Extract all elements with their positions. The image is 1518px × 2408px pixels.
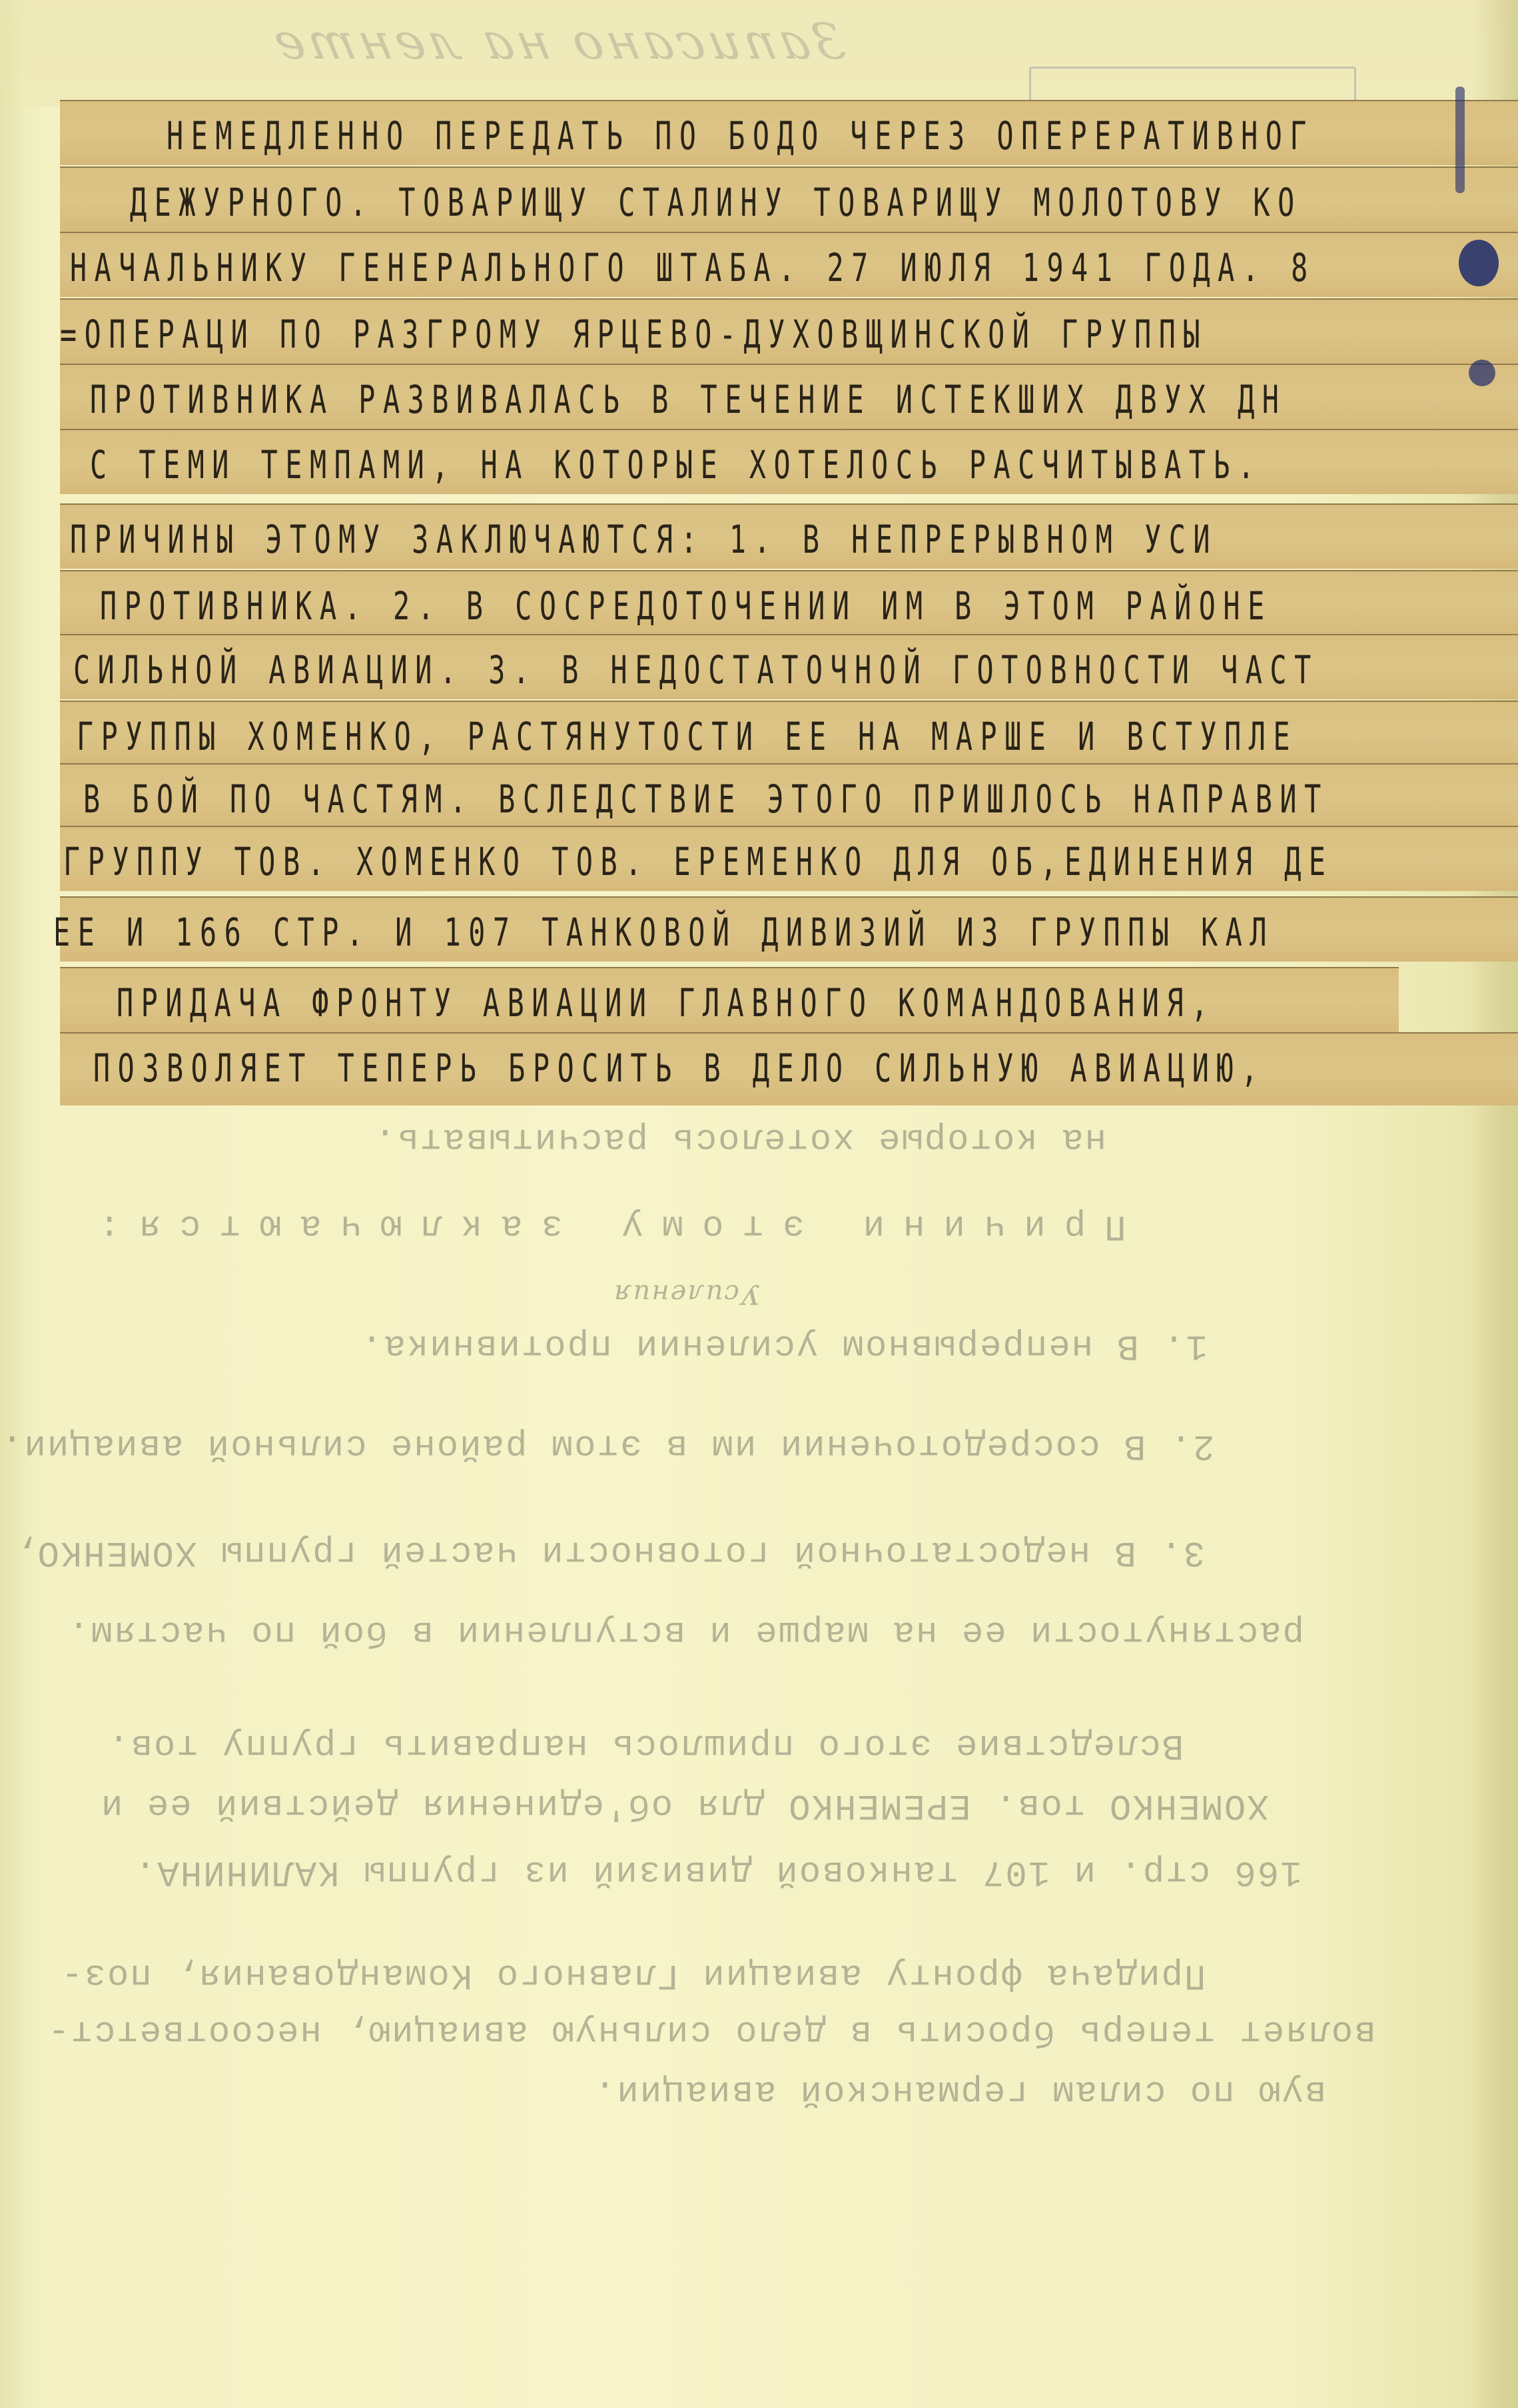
tape-line: ГРУППЫ ХОМЕНКО, РАСТЯНУТОСТИ ЕЕ НА МАРШЕ… <box>77 714 1298 759</box>
blue-pencil-mark <box>1469 360 1495 386</box>
blue-pencil-stroke <box>1455 87 1465 193</box>
tape-strip: ДЕЖУРНОГО. ТОВАРИЩУ СТАЛИНУ ТОВАРИЩУ МОЛ… <box>60 166 1518 232</box>
reverse-line: воляет теперь бросить в дело сильную ави… <box>47 2011 1376 2052</box>
tape-line: ПРИДАЧА ФРОНТУ АВИАЦИИ ГЛАВНОГО КОМАНДОВ… <box>117 980 1216 1026</box>
tape-line: ЕЕ И 166 СТР. И 107 ТАНКОВОЙ ДИВИЗИЙ ИЗ … <box>53 910 1274 955</box>
reverse-line: растянутости ее на марше и вступлении в … <box>67 1612 1304 1652</box>
reverse-line: ХОМЕНКО тов. ЕРЕМЕНКО для об'единения де… <box>100 1785 1269 1825</box>
tape-line: ГРУППУ ТОВ. ХОМЕНКО ТОВ. ЕРЕМЕНКО ДЛЯ ОБ… <box>63 839 1333 884</box>
reverse-line: на которые хотелось расчитывать. <box>373 1119 1106 1159</box>
reverse-line: 2. В сосредоточении им в этом районе сил… <box>0 1425 1214 1466</box>
tape-line: СИЛЬНОЙ АВИАЦИИ. 3. В НЕДОСТАТОЧНОЙ ГОТО… <box>73 647 1319 693</box>
reverse-handwritten-correction: Усиления <box>613 1279 760 1309</box>
tape-line: ПРОТИВНИКА РАЗВИВАЛАСЬ В ТЕЧЕНИЕ ИСТЕКШИ… <box>90 377 1286 422</box>
reverse-side-showthrough: на которые хотелось расчитывать. Причини… <box>0 1105 1518 2408</box>
tape-strip: ПРИДАЧА ФРОНТУ АВИАЦИИ ГЛАВНОГО КОМАНДОВ… <box>60 967 1399 1032</box>
reverse-line: вую по силам германской авиации. <box>593 2071 1326 2112</box>
tape-strip: ЕЕ И 166 СТР. И 107 ТАНКОВОЙ ДИВИЗИЙ ИЗ … <box>60 896 1518 962</box>
tape-strip: ПРОТИВНИКА. 2. В СОСРЕДОТОЧЕНИИ ИМ В ЭТО… <box>60 570 1518 635</box>
tape-strip: В БОЙ ПО ЧАСТЯМ. ВСЛЕДСТВИЕ ЭТОГО ПРИШЛО… <box>60 763 1518 828</box>
tape-line: ПРОТИВНИКА. 2. В СОСРЕДОТОЧЕНИИ ИМ В ЭТО… <box>100 583 1272 629</box>
tape-line: ПОЗВОЛЯЕТ ТЕПЕРЬ БРОСИТЬ В ДЕЛО СИЛЬНУЮ … <box>93 1046 1266 1091</box>
reverse-line: Причини этому заключаются: <box>80 1205 1126 1246</box>
tape-line: В БОЙ ПО ЧАСТЯМ. ВСЛЕДСТВИЕ ЭТОГО ПРИШЛО… <box>83 776 1329 822</box>
reverse-line: 166 стр. и 107 танковой дивизий из групп… <box>133 1851 1302 1892</box>
tape-strip: ГРУППУ ТОВ. ХОМЕНКО ТОВ. ЕРЕМЕНКО ДЛЯ ОБ… <box>60 826 1518 891</box>
tape-strip: С ТЕМИ ТЕМПАМИ, НА КОТОРЫЕ ХОТЕЛОСЬ РАСЧ… <box>60 429 1518 494</box>
tape-line: =ОПЕРАЦИ ПО РАЗГРОМУ ЯРЦЕВО-ДУХОВЩИНСКОЙ… <box>60 312 1208 357</box>
tape-strip: ГРУППЫ ХОМЕНКО, РАСТЯНУТОСТИ ЕЕ НА МАРШЕ… <box>60 701 1518 766</box>
reverse-line: Придача фронту авиации Главного Командов… <box>60 1955 1206 1995</box>
blue-pencil-mark <box>1459 240 1499 286</box>
tape-strip: =ОПЕРАЦИ ПО РАЗГРОМУ ЯРЦЕВО-ДУХОВЩИНСКОЙ… <box>60 298 1518 364</box>
tape-strip: ПРИЧИНЫ ЭТОМУ ЗАКЛЮЧАЮТСЯ: 1. В НЕПРЕРЫВ… <box>60 503 1518 569</box>
tape-strip: СИЛЬНОЙ АВИАЦИИ. 3. В НЕДОСТАТОЧНОЙ ГОТО… <box>60 634 1518 699</box>
tape-strip: ПОЗВОЛЯЕТ ТЕПЕРЬ БРОСИТЬ В ДЕЛО СИЛЬНУЮ … <box>60 1032 1518 1105</box>
tape-line: ДЕЖУРНОГО. ТОВАРИЩУ СТАЛИНУ ТОВАРИЩУ МОЛ… <box>130 180 1302 225</box>
tape-strip: ПРОТИВНИКА РАЗВИВАЛАСЬ В ТЕЧЕНИЕ ИСТЕКШИ… <box>60 364 1518 429</box>
tape-line: С ТЕМИ ТЕМПАМИ, НА КОТОРЫЕ ХОТЕЛОСЬ РАСЧ… <box>90 442 1262 487</box>
telegram-tape-block: НЕМЕДЛЕННО ПЕРЕДАТЬ ПО БОДО ЧЕРЕЗ ОПЕРЕР… <box>60 100 1518 1105</box>
reverse-line: 1. В непрерывном усилении противника. <box>360 1325 1208 1366</box>
tape-strip: НЕМЕДЛЕННО ПЕРЕДАТЬ ПО БОДО ЧЕРЕЗ ОПЕРЕР… <box>60 100 1518 165</box>
tape-strip: НАЧАЛЬНИКУ ГЕНЕРАЛЬНОГО ШТАБА. 27 ИЮЛЯ 1… <box>60 232 1518 297</box>
tape-line: НАЧАЛЬНИКУ ГЕНЕРАЛЬНОГО ШТАБА. 27 ИЮЛЯ 1… <box>70 245 1316 290</box>
pencil-handwriting: Записано на ленте <box>105 13 855 93</box>
reverse-line: Вследствие этого пришлось направить груп… <box>107 1725 1184 1765</box>
tape-line: НЕМЕДЛЕННО ПЕРЕДАТЬ ПО БОДО ЧЕРЕЗ ОПЕРЕР… <box>167 113 1314 158</box>
tape-line: ПРИЧИНЫ ЭТОМУ ЗАКЛЮЧАЮТСЯ: 1. В НЕПРЕРЫВ… <box>70 517 1218 562</box>
reverse-line: 3. В недостаточной готовности частей гру… <box>13 1532 1205 1572</box>
